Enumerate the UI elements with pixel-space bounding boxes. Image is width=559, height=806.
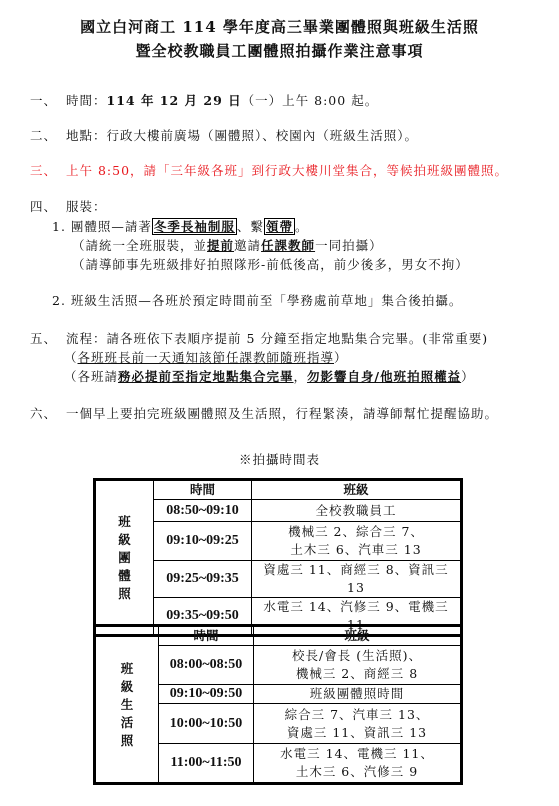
section-label: 服裝： <box>66 199 107 214</box>
time-cell: 08:00~08:50 <box>159 646 254 685</box>
procedure-text: 流程：請各班依下表順序提前 5 分鐘至指定地點集合完畢。(非常重要) <box>66 331 488 346</box>
reminder-text: 一個早上要拍完班級團體照及生活照，行程緊湊，請導師幫忙提醒協助。 <box>66 406 498 421</box>
underlined-arrive-early: 務必提前至指定地點集合完畢 <box>118 369 294 384</box>
item-text: 1. 團體照—請著 <box>52 219 152 234</box>
note-text: ， <box>294 369 308 384</box>
section-number: 六、 <box>30 405 66 423</box>
assembly-text: 上午 8:50，請「三年級各班」到行政大樓川堂集合，等候拍班級團體照。 <box>66 163 508 178</box>
item-text: 。 <box>295 219 309 234</box>
side-char: 活 <box>96 714 158 732</box>
time-cell: 09:25~09:35 <box>154 561 252 598</box>
section-number: 三、 <box>30 162 66 180</box>
note-text: ） <box>461 369 475 384</box>
section-procedure: 五、流程：請各班依下表順序提前 5 分鐘至指定地點集合完畢。(非常重要) <box>30 330 488 348</box>
side-char: 級 <box>96 678 158 696</box>
class-line: 全校教職員工 <box>252 502 460 520</box>
side-char: 體 <box>96 567 153 585</box>
boxed-tie: 領帶 <box>264 218 295 235</box>
section-dress-code: 四、服裝： <box>30 198 107 216</box>
underlined-teacher: 任課教師 <box>261 238 315 253</box>
event-time: （一）上午 8:00 起。 <box>242 93 379 108</box>
column-header-class: 班級 <box>252 480 462 500</box>
procedure-note-2: （各班請務必提前至指定地點集合完畢，勿影響自身/他班拍照權益） <box>64 368 475 386</box>
life-photo-schedule-table: 班 級 生 活 照 時間 班級 08:00~08:50 校長/會長 (生活照)、… <box>93 624 463 785</box>
note-text: （請統一全班服裝，並 <box>72 238 207 253</box>
dress-note-2: （請導師事先班級排好拍照隊形-前低後高，前少後多，男女不拘） <box>72 256 469 274</box>
class-cell: 水電三 14、電機三 11、土木三 6、汽修三 9 <box>254 744 462 784</box>
class-line: 綜合三 7、汽車三 13、 <box>254 706 460 724</box>
note-text: （各班請 <box>64 369 118 384</box>
dress-note-1: （請統一全班服裝，並提前邀請任課教師一同拍攝） <box>72 237 383 255</box>
underlined-no-impact: 勿影響自身/他班拍照權益 <box>307 369 461 384</box>
class-cell: 機械三 2、綜合三 7、土木三 6、汽車三 13 <box>252 522 462 561</box>
class-line: 土木三 6、汽車三 13 <box>252 541 460 559</box>
table-side-label: 班 級 生 活 照 <box>95 626 159 784</box>
section-number: 四、 <box>30 198 66 216</box>
class-cell: 班級團體照時間 <box>254 685 462 704</box>
note-text: （ <box>64 350 78 365</box>
side-char: 照 <box>96 585 153 603</box>
section-time: 一、時間：114 年 12 月 29 日（一）上午 8:00 起。 <box>30 92 378 110</box>
side-char: 照 <box>96 732 158 750</box>
side-char: 團 <box>96 549 153 567</box>
location-text: 地點：行政大樓前廣場（團體照）、校園內（班級生活照）。 <box>66 128 418 143</box>
note-text: 一同拍攝） <box>315 238 383 253</box>
class-line: 機械三 2、綜合三 7、 <box>252 523 460 541</box>
class-cell: 資處三 11、商經三 8、資訊三 13 <box>252 561 462 598</box>
column-header-time: 時間 <box>154 480 252 500</box>
table-side-label: 班 級 團 體 照 <box>95 480 154 636</box>
underlined-monitor-notice: 各班班長前一天通知該節任課教師隨班指導 <box>78 350 335 365</box>
schedule-caption: ※拍攝時間表 <box>0 451 559 469</box>
side-char: 班 <box>96 513 153 531</box>
group-photo-schedule-table: 班 級 團 體 照 時間 班級 08:50~09:10 全校教職員工 09:10… <box>93 478 463 637</box>
side-char: 班 <box>96 660 158 678</box>
section-location: 二、地點：行政大樓前廣場（團體照）、校園內（班級生活照）。 <box>30 127 418 145</box>
section-number: 一、 <box>30 92 66 110</box>
class-line: 水電三 14、電機三 11、 <box>254 745 460 763</box>
side-char: 生 <box>96 696 158 714</box>
column-header-class: 班級 <box>254 626 462 646</box>
class-cell: 全校教職員工 <box>252 500 462 522</box>
side-char: 級 <box>96 531 153 549</box>
class-line: 資處三 11、商經三 8、資訊三 13 <box>252 561 460 597</box>
underlined-early: 提前 <box>207 238 234 253</box>
document-title-line-1: 國立白河商工 114 學年度高三畢業團體照與班級生活照 <box>0 16 559 38</box>
column-header-time: 時間 <box>159 626 254 646</box>
table-header-row: 班 級 團 體 照 時間 班級 <box>95 480 462 500</box>
section-reminder: 六、一個早上要拍完班級團體照及生活照，行程緊湊，請導師幫忙提醒協助。 <box>30 405 498 423</box>
item-text: 、繫 <box>237 219 264 234</box>
dress-item-group-photo: 1. 團體照—請著冬季長袖制服、繫領帶。 <box>52 218 308 236</box>
time-cell: 08:50~09:10 <box>154 500 252 522</box>
note-text: 邀請 <box>234 238 261 253</box>
event-date: 114 年 12 月 29 日 <box>107 93 242 108</box>
section-label: 時間： <box>66 93 107 108</box>
document-title-line-2: 暨全校教職員工團體照拍攝作業注意事項 <box>0 40 559 62</box>
section-assembly-notice: 三、上午 8:50，請「三年級各班」到行政大樓川堂集合，等候拍班級團體照。 <box>30 162 508 180</box>
class-line: 校長/會長 (生活照)、 <box>254 647 460 665</box>
time-cell: 11:00~11:50 <box>159 744 254 784</box>
time-cell: 10:00~10:50 <box>159 704 254 744</box>
procedure-note-1: （各班班長前一天通知該節任課教師隨班指導） <box>64 349 348 367</box>
class-cell: 綜合三 7、汽車三 13、資處三 11、資訊三 13 <box>254 704 462 744</box>
class-line: 班級團體照時間 <box>254 685 460 703</box>
section-number: 五、 <box>30 330 66 348</box>
section-number: 二、 <box>30 127 66 145</box>
note-text: ） <box>334 350 348 365</box>
class-line: 機械三 2、商經三 8 <box>254 665 460 683</box>
class-line: 資處三 11、資訊三 13 <box>254 724 460 742</box>
table-header-row: 班 級 生 活 照 時間 班級 <box>95 626 462 646</box>
dress-item-life-photo: 2. 班級生活照—各班於預定時間前至「學務處前草地」集合後拍攝。 <box>52 292 462 310</box>
class-line: 土木三 6、汽修三 9 <box>254 763 460 781</box>
time-cell: 09:10~09:25 <box>154 522 252 561</box>
class-cell: 校長/會長 (生活照)、機械三 2、商經三 8 <box>254 646 462 685</box>
time-cell: 09:10~09:50 <box>159 685 254 704</box>
boxed-uniform: 冬季長袖制服 <box>152 218 237 235</box>
